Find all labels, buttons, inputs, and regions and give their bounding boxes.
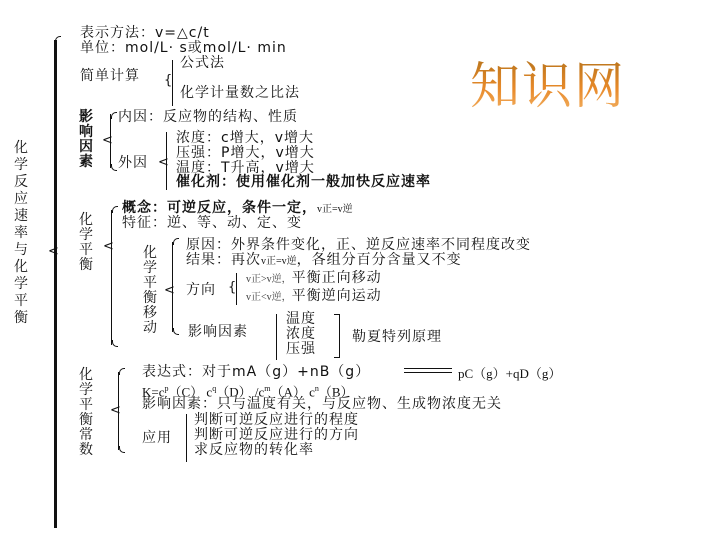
application-item: 求反应物的转化率 (194, 443, 314, 458)
constant-expression: 表达式：对于mA（g）+nB（g） (142, 365, 370, 380)
shift-factors-label: 影响因素 (188, 325, 248, 340)
constant-brace: < (118, 372, 119, 450)
simple-calc-label: 简单计算 (80, 69, 140, 84)
constant-label: 化学平衡常数 (78, 368, 94, 458)
external-factor-item: 催化剂：使用催化剂一般加快反应速率 (176, 175, 431, 190)
external-factor-item: 浓度：c增大，v增大 (176, 131, 314, 146)
shift-factors-brace (276, 314, 277, 360)
external-factor-label: 外因 (118, 156, 148, 171)
equilibrium-label: 化学平衡 (78, 213, 94, 273)
reversible-arrow-icon (404, 367, 452, 375)
simple-calc-brace: { (172, 60, 173, 106)
shift-factor-item: 浓度 (286, 327, 316, 342)
shift-brace: < (172, 242, 173, 332)
direction-item: v正>v逆，平衡正向移动 (246, 271, 382, 287)
external-factor-item: 压强：P增大，v增大 (176, 146, 315, 161)
direction-label: 方向 (186, 283, 216, 298)
root-brace: < (54, 40, 57, 528)
shift-factor-item: 温度 (286, 312, 316, 327)
shift-result: 结果：再次v正=v逆，各组分百分含量又不变 (186, 253, 462, 269)
knowledge-network-title: 知识网 (470, 58, 626, 114)
internal-factor: 内因：反应物的结构、性质 (118, 110, 298, 125)
root-label: 化学反应速率与化学平衡 (13, 140, 29, 327)
rate-expression: 表示方法：v=△c/t (80, 26, 210, 41)
direction-item: v正<v逆，平衡逆向运动 (246, 289, 382, 305)
application-item: 判断可逆反应进行的方向 (194, 428, 359, 443)
simple-calc-item: 化学计量数之比法 (180, 86, 300, 101)
direction-brace: { (236, 273, 237, 305)
external-factor-brace: < (166, 132, 167, 190)
rate-factors-label: 影响因素 (78, 110, 94, 170)
le-chatelier-principle: 勒夏特列原理 (352, 330, 442, 345)
shift-factor-item: 压强 (286, 342, 316, 357)
rate-factors-brace: < (110, 114, 111, 168)
simple-calc-item: 公式法 (180, 56, 225, 71)
rate-unit: 单位：mol/L· s或mol/L· min (80, 41, 287, 56)
equilibrium-features: 特征：逆、等、动、定、变 (122, 216, 302, 231)
brace-tip: < (48, 245, 59, 258)
root-brace-top (55, 36, 61, 43)
shift-label: 化学平衡移动 (142, 246, 158, 336)
application-label: 应用 (142, 431, 172, 446)
shift-factors-right-bracket (334, 314, 340, 358)
application-brace (186, 414, 187, 462)
constant-factors: 影响因素：只与温度有关，与反应物、生成物浓度无关 (142, 397, 502, 412)
equilibrium-brace: < (111, 210, 112, 345)
constant-expression-products: pC（g）+qD（g） (458, 366, 561, 381)
application-item: 判断可逆反应进行的程度 (194, 413, 359, 428)
shift-cause: 原因：外界条件变化，正、逆反应速率不同程度改变 (186, 238, 531, 253)
